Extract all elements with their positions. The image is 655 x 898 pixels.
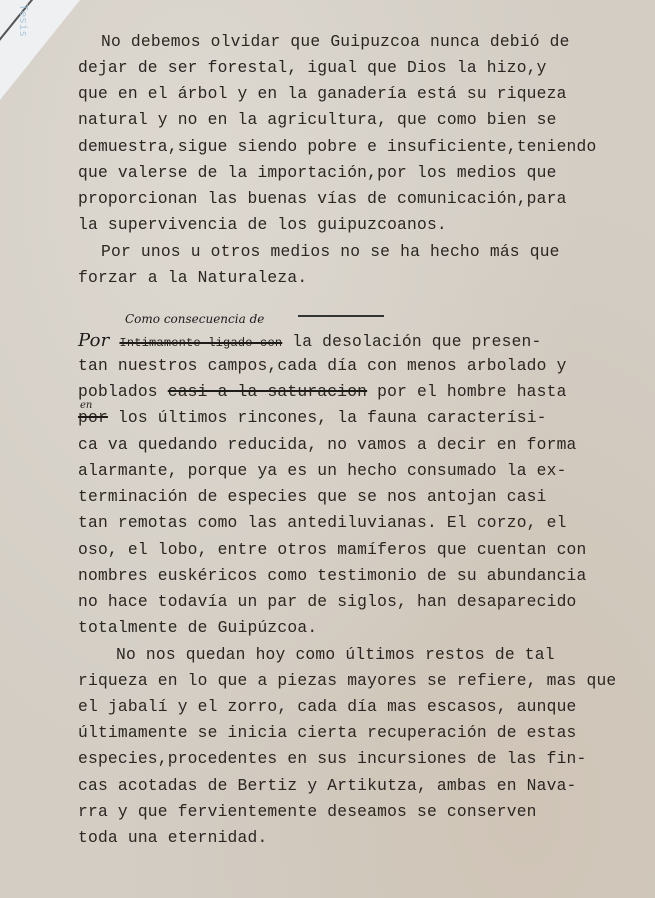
text-line: Por Intimamente ligado con la desolación… bbox=[78, 330, 541, 351]
text-line: nombres euskéricos como testimonio de su… bbox=[78, 566, 587, 585]
text-line: forzar a la Naturaleza. bbox=[78, 268, 307, 287]
handwritten-insert: Como consecuencia de bbox=[125, 312, 264, 326]
text-line: poblados casi a la saturacion por el hom… bbox=[78, 382, 567, 401]
text-line: la supervivencia de los guipuzcoanos. bbox=[78, 215, 447, 234]
corner-note: Tesis bbox=[17, 4, 30, 37]
text-line: No debemos olvidar que Guipuzcoa nunca d… bbox=[101, 32, 570, 51]
struck-text: casi a la saturacion bbox=[168, 382, 367, 401]
line-part: la fauna caracterísi- bbox=[327, 408, 546, 427]
handwritten-rule bbox=[298, 315, 384, 317]
text-line: proporcionan las buenas vías de comunica… bbox=[78, 189, 567, 208]
text-line: terminación de especies que se nos antoj… bbox=[78, 487, 547, 506]
text-line: riqueza en lo que a piezas mayores se re… bbox=[78, 671, 616, 690]
struck-text: por bbox=[78, 408, 108, 427]
text-line: totalmente de Guipúzcoa. bbox=[78, 618, 317, 637]
text-line: que en el árbol y en la ganadería está s… bbox=[78, 84, 567, 103]
text-line: últimamente se inicia cierta recuperació… bbox=[78, 723, 577, 742]
text-line: dejar de ser forestal, igual que Dios la… bbox=[78, 58, 547, 77]
folded-corner bbox=[0, 0, 80, 100]
text-line: el jabalí y el zorro, cada día mas escas… bbox=[78, 697, 577, 716]
document-page: Tesis No debemos olvidar que Guipuzcoa n… bbox=[0, 0, 655, 898]
handwritten-word: Por bbox=[78, 330, 109, 351]
text-line: toda una eternidad. bbox=[78, 828, 267, 847]
line-part: poblados bbox=[78, 382, 168, 401]
text-line: cas acotadas de Bertiz y Artikutza, amba… bbox=[78, 776, 577, 795]
line-part: por el hombre hasta bbox=[367, 382, 566, 401]
struck-text: Intimamente ligado con bbox=[119, 336, 282, 350]
text-line: No nos quedan hoy como últimos restos de… bbox=[116, 645, 555, 664]
text-line: demuestra,sigue siendo pobre e insuficie… bbox=[78, 137, 596, 156]
line-rest: la desolación que presen- bbox=[282, 332, 541, 351]
text-line: no hace todavía un par de siglos, han de… bbox=[78, 592, 577, 611]
text-line: natural y no en la agricultura, que como… bbox=[78, 110, 557, 129]
text-line: rra y que fervientemente deseamos se con… bbox=[78, 802, 537, 821]
text-line: ca va quedando reducida, no vamos a deci… bbox=[78, 435, 577, 454]
text-line: tan remotas como las antediluvianas. El … bbox=[78, 513, 567, 532]
text-line: por los últimos rincones, la fauna carac… bbox=[78, 408, 547, 427]
line-part: los últimos rincones, bbox=[108, 408, 327, 427]
text-line: oso, el lobo, entre otros mamíferos que … bbox=[78, 540, 587, 559]
text-line: tan nuestros campos,cada día con menos a… bbox=[78, 356, 567, 375]
text-line: alarmante, porque ya es un hecho consuma… bbox=[78, 461, 567, 480]
text-line: especies,procedentes en sus incursiones … bbox=[78, 749, 587, 768]
text-line: Por unos u otros medios no se ha hecho m… bbox=[101, 242, 560, 261]
text-line: que valerse de la importación,por los me… bbox=[78, 163, 557, 182]
